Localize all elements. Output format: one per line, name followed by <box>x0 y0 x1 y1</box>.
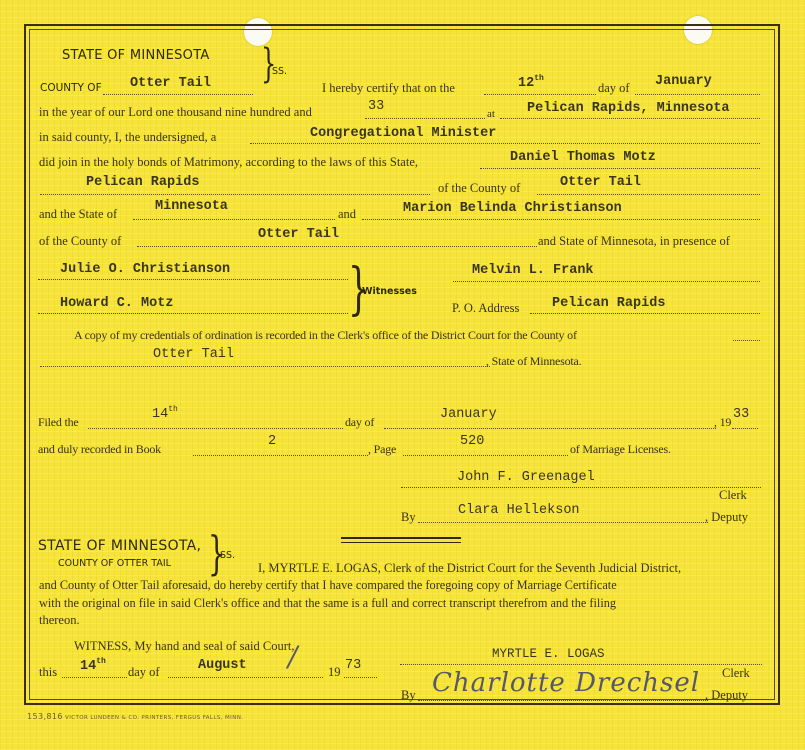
attestation-deputy-label: , Deputy <box>705 688 748 703</box>
attestation-clerk-line <box>400 664 762 665</box>
licenses-label: of Marriage Licenses. <box>570 442 671 457</box>
groom-name-line <box>480 168 760 169</box>
attestation-line-2: and County of Otter Tail aforesaid, do h… <box>39 578 617 593</box>
month-line <box>635 94 760 95</box>
filed-label: Filed the <box>38 415 79 430</box>
county-value: Otter Tail <box>130 76 211 91</box>
recorded-label: and duly recorded in Book <box>38 442 161 457</box>
officiant-name-line <box>453 281 760 282</box>
state-of-label: and the State of <box>39 207 117 222</box>
filing-deputy-label: , Deputy <box>705 510 748 525</box>
filed-month-line <box>384 428 716 429</box>
filed-year-prefix: , 19 <box>714 415 731 430</box>
form-number: 153,816 <box>27 712 63 721</box>
handwritten-mark: / <box>288 640 298 673</box>
attestation-day-of-label: day of <box>128 665 160 680</box>
book-line <box>193 455 368 456</box>
attestation-deputy-line <box>418 700 708 701</box>
filed-day: 14th <box>152 405 178 422</box>
witness-2: Howard C. Motz <box>60 296 173 311</box>
attestation-day: 14th <box>80 657 106 674</box>
and-label: and <box>338 207 356 222</box>
ss-label: SS. <box>272 66 287 77</box>
attestation-state-header: STATE OF MINNESOTA, <box>38 538 201 554</box>
page-line <box>403 455 568 456</box>
credentials-county-line <box>40 366 490 367</box>
witness-2-line <box>38 313 348 314</box>
filed-year: 33 <box>733 407 749 422</box>
filing-clerk-line <box>401 487 761 488</box>
section-divider <box>341 537 461 543</box>
groom-county: Otter Tail <box>560 175 641 190</box>
groom-name: Daniel Thomas Motz <box>510 150 656 165</box>
credentials-text: A copy of my credentials of ordination i… <box>74 328 577 343</box>
groom-county-line <box>537 194 760 195</box>
printer-name: VICTOR LUNDEEN & CO. PRINTERS, FERGUS FA… <box>65 715 243 721</box>
attestation-county-header: COUNTY OF OTTER TAIL <box>58 558 171 569</box>
groom-state: Minnesota <box>155 199 228 214</box>
year-line <box>365 118 485 119</box>
attestation-line-4: thereon. <box>39 613 80 628</box>
filing-clerk-name: John F. Greenagel <box>457 470 595 485</box>
day-value: 12th <box>518 74 544 91</box>
printer-imprint: 153,816 VICTOR LUNDEEN & CO. PRINTERS, F… <box>27 712 243 721</box>
attestation-line-1: I, MYRTLE E. LOGAS, Clerk of the Distric… <box>258 561 681 576</box>
month-value: January <box>655 74 712 89</box>
bride-county-label: of the County of <box>39 234 121 249</box>
credentials-county: Otter Tail <box>153 347 234 362</box>
filing-deputy-line <box>418 522 708 523</box>
filed-day-of-label: day of <box>345 415 374 430</box>
state-header: STATE OF MINNESOTA <box>62 48 210 63</box>
attestation-this-label: this <box>39 665 57 680</box>
bride-name-line <box>362 219 760 220</box>
place-line <box>500 118 760 119</box>
attestation-day-line <box>62 677 127 678</box>
groom-state-line <box>133 219 335 220</box>
day-of-label: day of <box>598 81 630 96</box>
county-line <box>103 94 253 95</box>
credentials-state: , State of Minnesota. <box>486 354 581 369</box>
po-address-line <box>530 313 760 314</box>
filed-day-line <box>88 428 343 429</box>
officiant-name: Melvin L. Frank <box>472 263 594 278</box>
presence-text: and State of Minnesota, in presence of <box>538 234 730 249</box>
page-value: 520 <box>460 434 484 449</box>
filed-month: January <box>440 407 497 422</box>
join-text: did join in the holy bonds of Matrimony,… <box>39 155 418 170</box>
witnesses-label: Witnesses <box>362 286 417 297</box>
groom-residence-line <box>40 194 430 195</box>
year-text: in the year of our Lord one thousand nin… <box>39 105 312 120</box>
po-address-label: P. O. Address <box>452 301 519 316</box>
witness-1-line <box>38 279 348 280</box>
at-label: at <box>487 108 495 120</box>
county-label: COUNTY OF <box>40 82 102 94</box>
filed-year-line <box>732 428 758 429</box>
attestation-year-prefix: 19 <box>328 665 341 680</box>
attestation-year-line <box>344 677 377 678</box>
groom-county-label: of the County of <box>438 181 520 196</box>
attestation-year: 73 <box>345 658 361 673</box>
bride-name: Marion Belinda Christianson <box>403 201 622 216</box>
attestation-month: August <box>198 658 247 673</box>
groom-residence: Pelican Rapids <box>86 175 199 190</box>
attestation-month-line <box>168 677 323 678</box>
officiant-title-line <box>250 143 760 144</box>
bride-county: Otter Tail <box>258 227 339 242</box>
ss-brace: } <box>261 44 276 84</box>
county-text: in said county, I, the undersigned, a <box>39 130 216 145</box>
witness-text: WITNESS, My hand and seal of said Court, <box>74 639 294 654</box>
page-label: , Page <box>368 442 396 457</box>
credentials-trailing-line <box>733 340 760 341</box>
attestation-clerk-name: MYRTLE E. LOGAS <box>492 647 605 661</box>
book-value: 2 <box>268 434 276 449</box>
filing-deputy-name: Clara Hellekson <box>458 503 580 518</box>
deputy-signature: Charlotte Drechsel <box>432 668 700 698</box>
attestation-line-3: with the original on file in said Clerk'… <box>39 596 616 611</box>
witness-1: Julie O. Christianson <box>60 262 230 277</box>
po-address: Pelican Rapids <box>552 296 665 311</box>
filing-clerk-label: Clerk <box>719 488 747 503</box>
attestation-by-label: By <box>401 688 416 703</box>
attestation-clerk-label: Clerk <box>722 666 750 681</box>
place-value: Pelican Rapids, Minnesota <box>527 101 730 116</box>
day-line <box>484 94 596 95</box>
year-value: 33 <box>368 99 384 114</box>
attestation-ss: SS. <box>220 550 235 561</box>
bride-county-line <box>137 246 537 247</box>
officiant-title: Congregational Minister <box>310 126 496 141</box>
filing-by-label: By <box>401 510 416 525</box>
certify-text: I hereby certify that on the <box>322 81 455 96</box>
